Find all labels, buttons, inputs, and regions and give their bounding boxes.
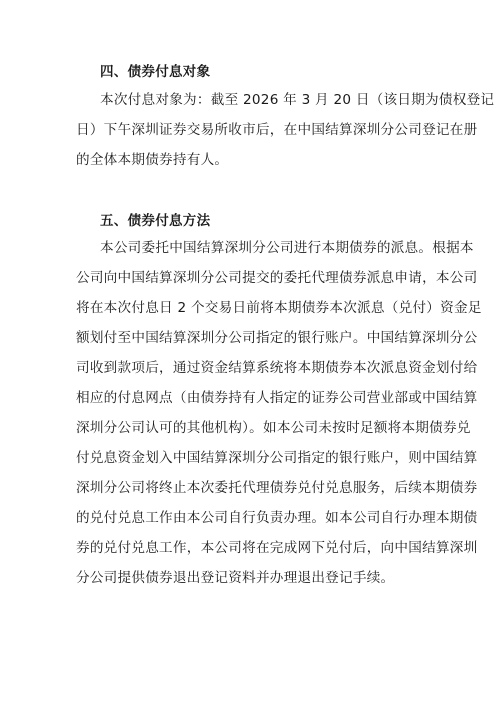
paragraph-line: 相应的付息网点（由债券持有人指定的证券公司营业部或中国结算 [76, 383, 426, 413]
paragraph-payment-target: 本次付息对象为：截至 2026 年 3 月 20 日（该日期为债权登记 日）下午… [76, 85, 426, 175]
paragraph-line: 日）下午深圳证券交易所收市后，在中国结算深圳分公司登记在册 [76, 115, 426, 145]
paragraph-line: 本公司委托中国结算深圳分公司进行本期债券的派息。根据本 [76, 233, 426, 263]
paragraph-line: 额划付至中国结算深圳分公司指定的银行账户。中国结算深圳分公 [76, 323, 426, 353]
paragraph-line: 分公司提供债券退出登记资料并办理退出登记手续。 [76, 563, 426, 593]
paragraph-line: 深圳分公司将终止本次委托代理债券兑付兑息服务，后续本期债券 [76, 473, 426, 503]
paragraph-line: 付兑息资金划入中国结算深圳分公司指定的银行账户，则中国结算 [76, 443, 426, 473]
paragraph-payment-method: 本公司委托中国结算深圳分公司进行本期债券的派息。根据本 公司向中国结算深圳分公司… [76, 233, 426, 593]
paragraph-line: 券的兑付兑息工作，本公司将在完成网下兑付后，向中国结算深圳 [76, 533, 426, 563]
paragraph-line: 的兑付兑息工作由本公司自行负责办理。如本公司自行办理本期债 [76, 503, 426, 533]
section-heading-payment-target: 四、债券付息对象 [100, 62, 210, 82]
paragraph-line: 深圳分公司认可的其他机构）。如本公司未按时足额将本期债券兑 [76, 413, 426, 443]
section-heading-payment-method: 五、债券付息方法 [100, 211, 210, 231]
paragraph-line: 的全体本期债券持有人。 [76, 145, 426, 175]
paragraph-line: 将在本次付息日 2 个交易日前将本期债券本次派息（兑付）资金足 [76, 293, 426, 323]
paragraph-line: 本次付息对象为：截至 2026 年 3 月 20 日（该日期为债权登记 [76, 85, 426, 115]
paragraph-line: 公司向中国结算深圳分公司提交的委托代理债券派息申请，本公司 [76, 263, 426, 293]
paragraph-line: 司收到款项后，通过资金结算系统将本期债券本次派息资金划付给 [76, 353, 426, 383]
